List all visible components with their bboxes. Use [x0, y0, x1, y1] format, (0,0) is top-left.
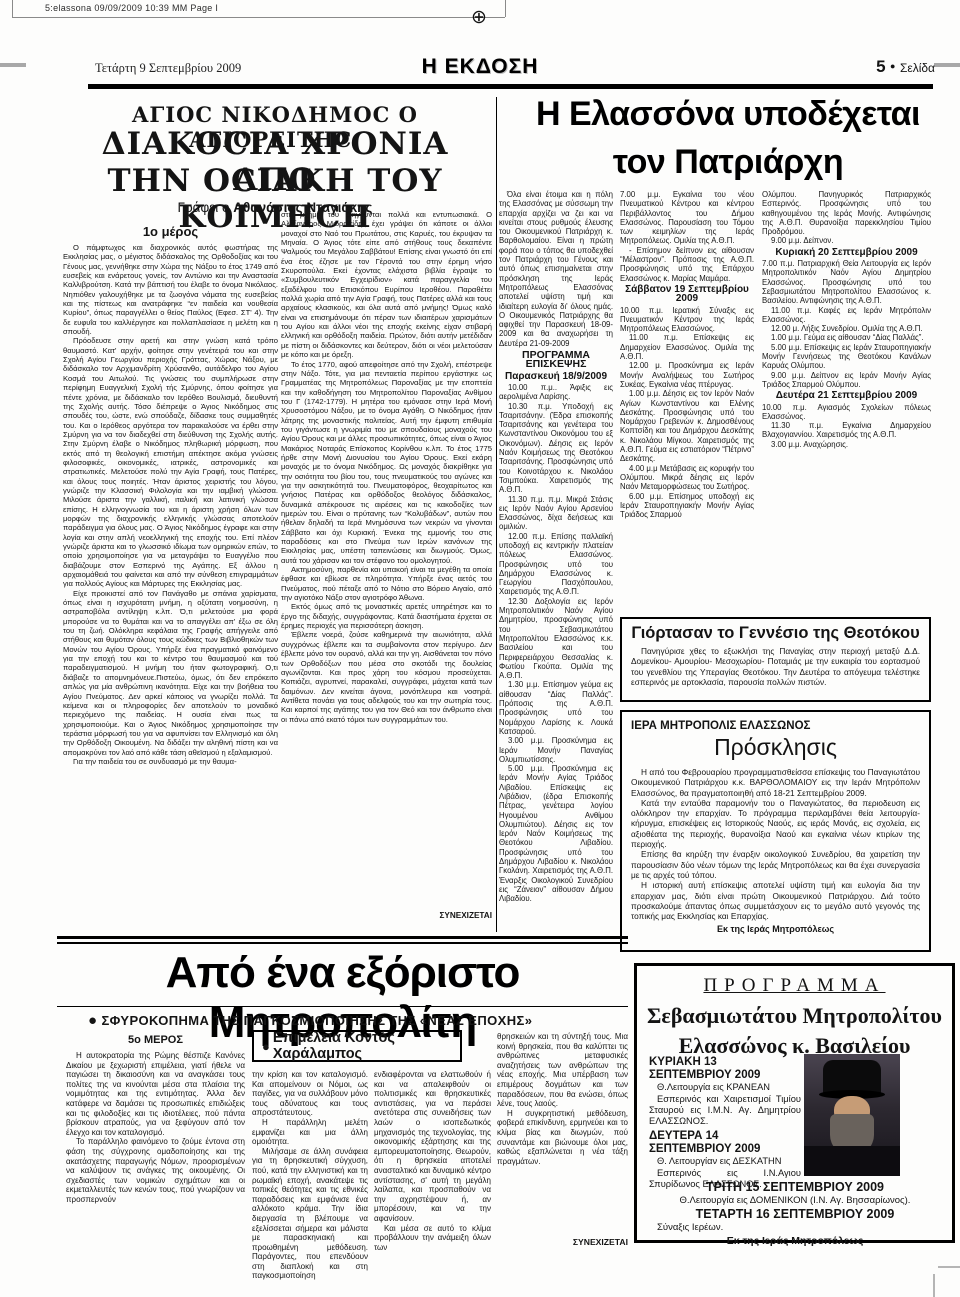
editor-box: ● Επιμέλεια Κοντός Χαράλαμπος [252, 1030, 462, 1062]
saint-article-column-2: στή μνήμη του διηγούνται πολλά και εντυπ… [281, 210, 492, 920]
day3-heading: ΤΡΙΤΗ 15 ΣΕΠΤΕΜΒΡΙΟΥ 2009 [645, 1180, 945, 1194]
patriarch-column-1: Όλα είναι έτοιμα και η πόλη της Ελασσόνα… [499, 190, 613, 908]
friday-program-items: 10.00 π.μ.. Άφιξις εις αερολιμένα Λαρίση… [499, 383, 613, 904]
friday-heading: Παρασκευή 18/9/2009 [499, 372, 613, 381]
issue-date: Τετάρτη 9 Σεπτεμβρίου 2009 [95, 61, 241, 76]
print-slug: 5:elassona 09/09/2009 10:39 MM Page I [45, 3, 218, 13]
editor-bullet-icon: ● [262, 1039, 270, 1054]
exile-column-3: ενδιαφέρονται να ελαττωθούν ή και να απα… [374, 1070, 491, 1292]
bishop-program-signoff: Εκ της Ιεράς Μητροπόλεως [645, 1235, 945, 1247]
bishop-program-title: ΠΡΟΓΡΑΜΜΑ [637, 975, 952, 997]
print-border-bottom [12, 17, 505, 18]
feast-notice-box: Γιόρτασαν το Γεννέσιο της Θεοτόκου Πανηγ… [620, 617, 931, 702]
invitation-title: Πρόσκλησις [631, 734, 920, 761]
header-rule [88, 84, 933, 89]
section-rule-top [57, 936, 628, 939]
patriarch-column-3: Ολύμπου. Πανηγυρικός Πατριαρχικός Εσπερι… [762, 190, 931, 612]
feast-box-title: Γιόρτασαν το Γεννέσιο της Θεοτόκου [631, 624, 920, 643]
day4-heading: ΤΕΤΑΡΤΗ 16 ΣΕΠΤΕΜΒΡΙΟΥ 2009 [645, 1207, 945, 1221]
saturday-program-items: 10.00 π.μ. Ιερατική Σύναξις εις Πνευματι… [620, 306, 754, 520]
invitation-box: ΙΕΡΑ ΜΗΤΡΟΠΟΛΙΣ ΕΛΑΣΣΩΝΟΣ Πρόσκλησις Η α… [620, 710, 931, 952]
print-border-left [12, 0, 13, 17]
patriarch-title-line2: τον Πατριάρχη [498, 143, 958, 182]
crop-mark-bottom-right-h [938, 1266, 960, 1268]
sunday-program-items: 7.00 π.μ. Πατριαρχική Θεία Λειτουργία ει… [762, 259, 931, 389]
day3-item: Θ.Λειτουργία εις ΔΟΜΕΝΙΚΟΝ (Ι.Ν. Αγ. Βησ… [645, 1195, 945, 1206]
saint-article-text-col1: Ο πάμφτωχος και διαχρονικός αυτός φωστήρ… [63, 243, 278, 933]
metropolis-name: ΙΕΡΑ ΜΗΤΡΟΠΟΛΙΣ ΕΛΑΣΣΩΝΟΣ [631, 720, 920, 732]
saturday-heading: Σάββατον 19 Σεπτεμβρίου 2009 [620, 285, 754, 304]
bishop-robe [804, 1146, 900, 1176]
crop-mark-top-left [0, 63, 26, 67]
section-rule-bottom [57, 942, 628, 944]
patriarch-column-2: 7.00 μ.μ. Εγκαίνια του νέου Πνευματικού … [620, 190, 754, 612]
saint-article-text-col2: στή μνήμη του διηγούνται πολλά και εντυπ… [281, 210, 492, 910]
bishop-program-left-column: ΚΥΡΙΑΚΗ 13 ΣΕΠΤΕΜΒΡΙΟΥ 2009 Θ.Λειτουργία… [649, 1056, 801, 1191]
page-bullet-icon: ● [890, 61, 895, 71]
patriarch-title-line1: Η Ελασσόνα υποδέχεται [498, 95, 958, 134]
invitation-body: Η από του Φεβρουαρίου προγραμματισθείσσα… [631, 767, 920, 921]
page-label: Σελίδα [900, 61, 935, 75]
saturday-evening-items: Ολύμπου. Πανηγυρικός Πατριαρχικός Εσπερι… [762, 190, 931, 246]
crop-mark-bottom-right-v [933, 1274, 935, 1297]
part-label: 1ο μέρος [63, 224, 278, 239]
exile-column-2: την κρίση και τον καταλογισμό. Και απομε… [252, 1070, 368, 1292]
day4-item: Σύναξις Ιερέων. [657, 1222, 945, 1233]
day1-heading: ΚΥΡΙΑΚΗ 13 ΣΕΠΤΕΜΒΡΙΟΥ 2009 [649, 1056, 801, 1082]
monday-heading: Δευτέρα 21 Σεπτεμβρίου 2009 [762, 391, 931, 400]
sunday-heading: Κυριακή 20 Σεπτεμβρίου 2009 [762, 248, 931, 257]
visit-program-heading: ΠΡΟΓΡΑΜΜΑ ΕΠΙΣΚΕΨΗΣ [499, 351, 613, 370]
subtitle-bullet-icon: ● [88, 1012, 97, 1029]
bishop-program-box: ΠΡΟΓΡΑΜΜΑ Σεβασμιωτάτου Μητροπολίτου Ελα… [634, 963, 955, 1243]
registration-mark-icon: ⊕ [471, 6, 487, 29]
exile-column-4: θρησκειών και τη σύντηξή τους. Μια κοινή… [497, 1032, 628, 1247]
patriarch-intro: Όλα είναι έτοιμα και η πόλη της Ελασσόνα… [499, 190, 613, 348]
monday-program-items: 10.00 π.μ. Αγιασμός Σχολείων πόλεως Ελασ… [762, 403, 931, 449]
bishop-hat [823, 1060, 881, 1094]
editor-label: Επιμέλεια Κοντός Χαράλαμπος [273, 1030, 452, 1062]
exile-column-1: 5ο ΜΕΡΟΣ Η αυτοκρατορία της Ρώμης θέσπιζ… [66, 1034, 245, 1294]
invitation-signoff: Εκ της Ιεράς Μητροπόλεως [631, 924, 920, 934]
bishop-program-bottom: ΤΡΙΤΗ 15 ΣΕΠΤΕΜΒΡΙΟΥ 2009 Θ.Λειτουργία ε… [645, 1180, 945, 1247]
print-border-right [505, 0, 506, 17]
bishop-photo [804, 1054, 900, 1176]
page-number: 5 [876, 57, 885, 76]
exile-continued-marker: ΣΥΝΕΧΙΖΕΤΑΙ [497, 1237, 628, 1247]
continued-marker: ΣΥΝΕΧΙΖΕΤΑΙ [281, 911, 492, 920]
page-indicator: 5 ● Σελίδα [845, 57, 935, 77]
bishop-program-subtitle-1: Σεβασμιωτάτου Μητροπολίτου [637, 1003, 952, 1029]
subtitle-rule [57, 1006, 628, 1007]
masthead: Η ΕΚΔΟΣΗ [400, 55, 560, 79]
saint-article-column-1: 1ο μέρος Ο πάμφτωχος και διαχρονικός αυτ… [63, 224, 278, 933]
day2-heading: ΔΕΥΤΕΡΑ 14 ΣΕΠΤΕΜΒΡΙΟΥ 2009 [649, 1130, 801, 1156]
friday-evening-items: 7.00 μ.μ. Εγκαίνια του νέου Πνευματικού … [620, 190, 754, 283]
exile-part-label: 5ο ΜΕΡΟΣ [66, 1034, 245, 1046]
newspaper-page: { "print_slug": "5:elassona 09/09/2009 1… [0, 0, 960, 1297]
crop-mark-top-right [934, 63, 960, 67]
feast-box-body: Πανηγύρισε χθες το εξωκλήσι της Παναγίας… [631, 646, 920, 687]
exile-subtitle: ●ΣΦΥΡΟΚΟΠΗΜΑ ΤΗΣ ΠΑΓΚΟΣΜΙΟΠΟΙΗΣΗΣ ΤΗΣ «Ν… [88, 1012, 628, 1029]
day1-items: Θ.Λειτουργία εις ΚΡΑΝΕΑΝΕσπερινός και Χα… [649, 1082, 801, 1127]
exile-text-col1: Η αυτοκρατορία της Ρώμης θέσπιζε Κανόνες… [66, 1051, 245, 1294]
column-divider [496, 97, 497, 932]
